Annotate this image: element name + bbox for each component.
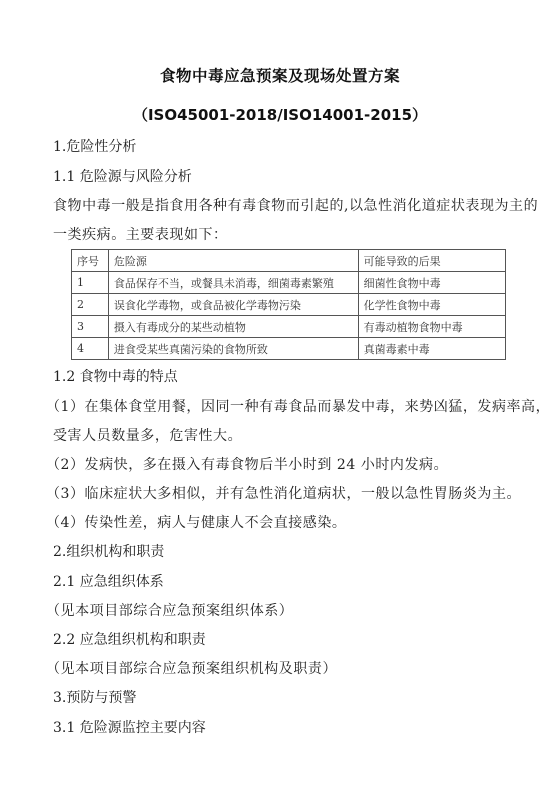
document-subtitle: （ISO45001-2018/ISO14001-2015） bbox=[0, 104, 560, 125]
table-cell: 4 bbox=[72, 338, 109, 360]
list-item: （2）发病快，多在摄入有毒食物后半小时到 24 小时内发病。 bbox=[46, 456, 448, 474]
table-row: 3 摄入有毒成分的某些动植物 有毒动植物食物中毒 bbox=[72, 316, 506, 338]
table-row: 2 误食化学毒物，或食品被化学毒物污染 化学性食物中毒 bbox=[72, 294, 506, 316]
section-heading-2-1: 2.1 应急组织体系 bbox=[53, 573, 164, 591]
paragraph-line: 一类疾病。主要表现如下： bbox=[53, 226, 228, 244]
reference-note: （见本项目部综合应急预案组织机构及职责） bbox=[46, 660, 337, 678]
list-item: （4）传染性差，病人与健康人不会直接感染。 bbox=[46, 514, 346, 532]
hazard-table: 序号 危险源 可能导致的后果 1 食品保存不当，或餐具未消毒，细菌毒素繁殖 细菌… bbox=[71, 249, 506, 360]
table-cell: 3 bbox=[72, 316, 109, 338]
table-cell: 化学性食物中毒 bbox=[358, 294, 505, 316]
section-heading-3: 3.预防与预警 bbox=[53, 689, 136, 707]
table-cell: 误食化学毒物，或食品被化学毒物污染 bbox=[108, 294, 358, 316]
list-item: （1）在集体食堂用餐，因同一种有毒食品而暴发中毒，来势凶猛，发病率高， bbox=[46, 398, 550, 416]
section-heading-3-1: 3.1 危险源监控主要内容 bbox=[53, 719, 206, 737]
list-item-continuation: 受害人员数量多，危害性大。 bbox=[53, 427, 242, 445]
table-header-cell: 序号 bbox=[72, 250, 109, 272]
list-item: （3）临床症状大多相似，并有急性消化道病状，一般以急性胃肠炎为主。 bbox=[46, 485, 521, 503]
section-heading-1: 1.危险性分析 bbox=[53, 138, 136, 156]
section-heading-1-2: 1.2 食物中毒的特点 bbox=[53, 368, 178, 386]
table-cell: 1 bbox=[72, 272, 109, 294]
table-cell: 真菌毒素中毒 bbox=[358, 338, 505, 360]
table-cell: 有毒动植物食物中毒 bbox=[358, 316, 505, 338]
paragraph-line: 食物中毒一般是指食用各种有毒食物而引起的,以急性消化道症状表现为主的 bbox=[53, 197, 538, 215]
document-title: 食物中毒应急预案及现场处置方案 bbox=[0, 64, 560, 86]
reference-note: （见本项目部综合应急预案组织体系） bbox=[46, 602, 293, 620]
section-heading-1-1: 1.1 危险源与风险分析 bbox=[53, 168, 192, 186]
table-cell: 食品保存不当，或餐具未消毒，细菌毒素繁殖 bbox=[108, 272, 358, 294]
section-heading-2-2: 2.2 应急组织机构和职责 bbox=[53, 631, 206, 649]
table-cell: 进食受某些真菌污染的食物所致 bbox=[108, 338, 358, 360]
table-cell: 细菌性食物中毒 bbox=[358, 272, 505, 294]
table-header-row: 序号 危险源 可能导致的后果 bbox=[72, 250, 506, 272]
section-heading-2: 2.组织机构和职责 bbox=[53, 543, 164, 561]
table-row: 4 进食受某些真菌污染的食物所致 真菌毒素中毒 bbox=[72, 338, 506, 360]
table-cell: 2 bbox=[72, 294, 109, 316]
table-row: 1 食品保存不当，或餐具未消毒，细菌毒素繁殖 细菌性食物中毒 bbox=[72, 272, 506, 294]
table-header-cell: 危险源 bbox=[108, 250, 358, 272]
document-page: 食物中毒应急预案及现场处置方案 （ISO45001-2018/ISO14001-… bbox=[0, 0, 560, 792]
table-header-cell: 可能导致的后果 bbox=[358, 250, 505, 272]
table-cell: 摄入有毒成分的某些动植物 bbox=[108, 316, 358, 338]
